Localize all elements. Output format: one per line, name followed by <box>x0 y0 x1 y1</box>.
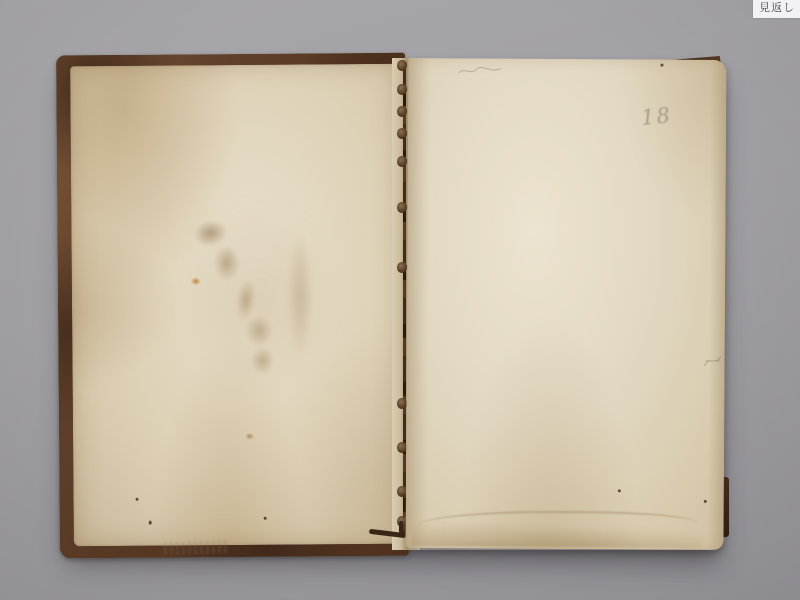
stain <box>171 194 343 395</box>
faint-inscription <box>164 540 228 556</box>
pencil-inscription: 18 <box>640 103 673 130</box>
pencil-squiggle <box>456 62 504 78</box>
wormhole-speck <box>149 521 152 525</box>
stain <box>233 278 258 322</box>
endpaper-label: 見返し <box>753 0 800 18</box>
rust-spot <box>191 277 201 285</box>
stain <box>250 347 274 375</box>
flyleaf-page: 18 <box>406 58 727 550</box>
pencil-squiggle <box>703 352 723 370</box>
stain <box>214 245 240 281</box>
sewing-thread-stub <box>399 521 403 535</box>
wormhole-speck <box>264 517 267 520</box>
stain <box>245 433 254 440</box>
stain <box>245 315 273 347</box>
water-stain <box>412 512 702 548</box>
wormhole-speck <box>136 498 139 501</box>
wormhole-speck <box>660 64 663 67</box>
wormhole-speck <box>618 489 621 492</box>
stain <box>191 217 230 250</box>
photograph-background: 18 見返し <box>0 0 800 600</box>
stain <box>286 232 313 360</box>
pastedown-page <box>70 64 401 547</box>
water-stain-tide-line <box>418 510 698 528</box>
wormhole-speck <box>704 500 707 503</box>
